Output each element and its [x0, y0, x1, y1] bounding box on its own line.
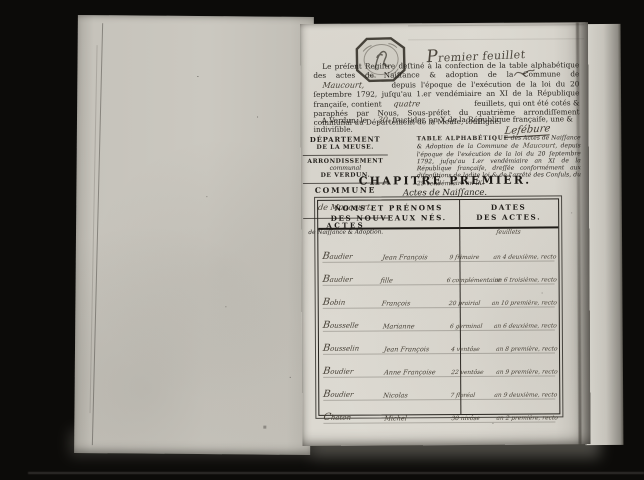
table-header-row: NOMS ET PRÉNOMS DES NOUVEAUX NÉS. DATES … [318, 199, 558, 229]
table-row: Bobin François 20 prairial an 10 premièr… [319, 285, 559, 309]
register-recto-page: Premier feuillet Le préſent Regiſtre deſ… [300, 22, 591, 446]
given-name-cell: François [382, 299, 443, 307]
surname-cell: Bousselle [318, 319, 384, 330]
day-handwritten: 30. [369, 115, 391, 124]
dateline-print: A Verdun, le [322, 116, 370, 125]
departement-label: DÉPARTEMENT [303, 135, 388, 144]
chapter-heading: CHAPITRE PREMIER. Actes de Naiſſance. [319, 173, 571, 199]
blank-verso-page [74, 15, 314, 455]
dates-header-line1: DATES [459, 202, 558, 213]
date-cell: 9 frimaire [443, 255, 494, 261]
folio-count-handwritten: quatre [383, 99, 420, 109]
surname-cell: Bobin [318, 296, 383, 307]
table-row: Boudier Nicolas 7 floréal an 9 deuxième,… [319, 377, 559, 401]
surname-cell: Baudier [318, 274, 382, 285]
date-cell: 4 ventôse [445, 347, 496, 353]
given-name-cell: Nicolas [383, 391, 445, 399]
folio-ref-cell: an 2 première, recto [496, 415, 560, 421]
folio-ref-cell: an 4 deuxième, recto [493, 254, 559, 260]
date-cell: 20 prairial [442, 301, 492, 307]
column-header-dates: DATES DES ACTES. [459, 199, 558, 227]
feuillet-note-handwritten: feuillets [496, 229, 521, 236]
surname-cell: Boudier [318, 365, 384, 376]
date-cell: 30 nivôse [445, 416, 496, 422]
surname-cell: Chaton [319, 411, 385, 422]
table-row: Chaton Michel 30 nivôse an 2 première, r… [319, 400, 559, 424]
chapter-title: CHAPITRE PREMIER. [319, 173, 571, 188]
date-cell: 22 ventôse [445, 370, 496, 376]
departement-value: DE LA MEUSE. [303, 143, 388, 151]
folio-ref-cell: an 9 première, recto [495, 369, 559, 375]
table-row: Boudier Anne Françoise 22 ventôse an 9 p… [319, 354, 559, 378]
date-cell: 6 germinal [444, 324, 495, 330]
preamble-print: Le préſent Regiſtre deſtiné à la confect… [313, 60, 579, 80]
names-header-line2: DES NOUVEAUX NÉS. [318, 213, 459, 224]
scanner-artifact [28, 472, 644, 474]
given-name-cell: Jean François [383, 345, 446, 353]
given-name-cell: Michel [384, 414, 447, 422]
show-through-ruling [408, 24, 584, 40]
column-header-names: NOMS ET PRÉNOMS DES NOUVEAUX NÉS. [318, 200, 459, 228]
table-row: Baudier Jean François 9 frimaire an 4 de… [318, 239, 558, 263]
surname-cell: Boudier [319, 388, 385, 399]
folio-ref-cell: an 6 troisième, recto [494, 277, 559, 283]
commune-name-handwritten: Maucourt, [522, 143, 558, 151]
given-name-cell: fille [381, 276, 441, 284]
folio-ref-cell: an 9 deuxième, recto [494, 392, 560, 398]
folio-ref-cell: an 8 première, recto [495, 346, 559, 352]
table-body: Baudier Jean François 9 frimaire an 4 de… [318, 239, 559, 424]
commune-name-handwritten: Maucourt, [313, 80, 365, 90]
date-cell: 6 complémentaire [440, 278, 495, 284]
table-row: Baudier fille 6 complémentaire an 6 troi… [318, 262, 558, 286]
dates-header-line2: DES ACTES. [459, 212, 558, 223]
given-name-cell: Jean François [382, 253, 444, 261]
surname-cell: Baudier [318, 250, 384, 261]
microfilm-register-scan: Premier feuillet Le préſent Regiſtre deſ… [0, 0, 644, 480]
date-cell: 7 floréal [444, 393, 495, 399]
given-name-cell: Marianne [383, 322, 445, 330]
register-table: NOMS ET PRÉNOMS DES NOUVEAUX NÉS. DATES … [317, 198, 560, 415]
chapter-subtitle: Actes de Naiſſance. [319, 187, 571, 199]
paper-specks [197, 76, 198, 77]
table-row: Bousselin Jean François 4 ventôse an 8 p… [319, 331, 559, 355]
table-note-lead: TABLE ALPHABÉTIQUE [417, 136, 509, 143]
margin-departement: DÉPARTEMENT DE LA MEUSE. [303, 133, 388, 155]
folio-ref-cell: an 10 première, recto [491, 300, 559, 306]
surname-cell: Bousselin [318, 342, 384, 353]
table-row: Bousselle Marianne 6 germinal an 6 deuxi… [319, 308, 559, 332]
given-name-cell: Anne Françoise [383, 368, 446, 376]
folio-ref-cell: an 6 deuxième, recto [494, 323, 560, 329]
